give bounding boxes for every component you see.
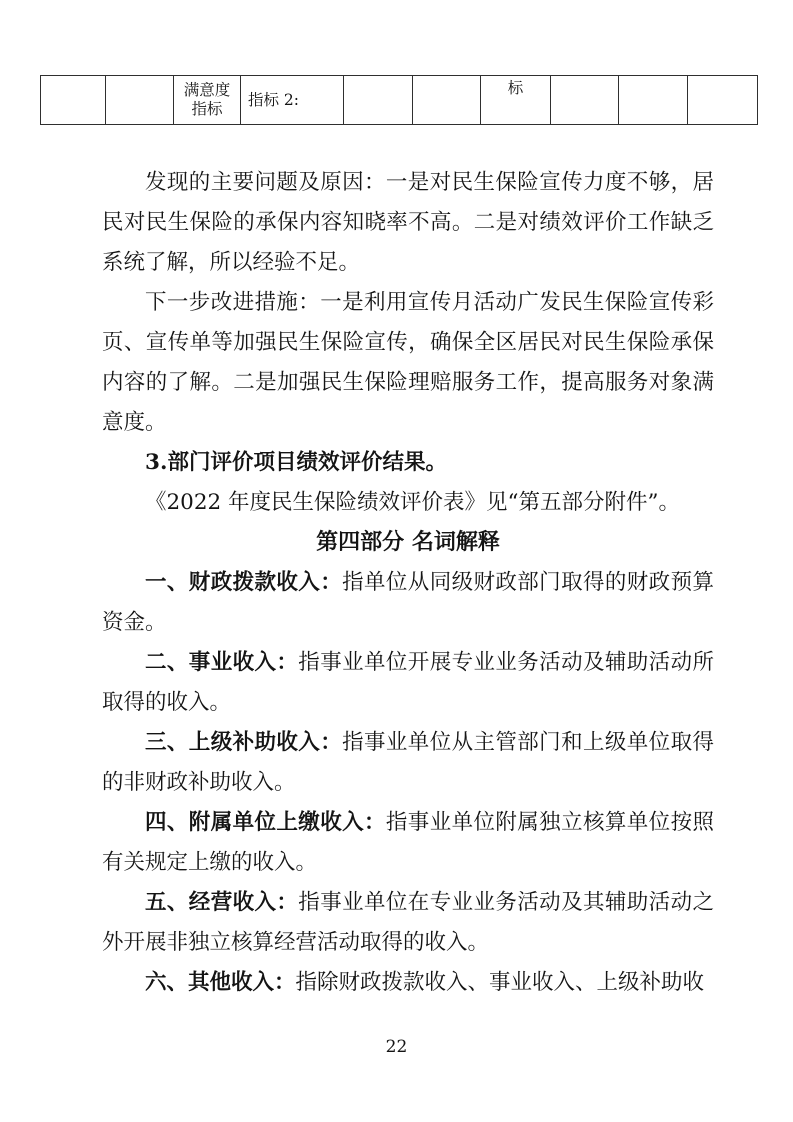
document-page: 满意度 指标 指标 2: 标 发现的主要问题及原因：一是对民生保险宣传力度不够，…: [0, 0, 793, 1122]
table-cell-biao: 标: [481, 76, 551, 125]
table-cell-empty-7: [688, 76, 758, 125]
paragraph-table-reference: 《2022 年度民生保险绩效评价表》见“第五部分附件”。: [102, 483, 714, 523]
table-cell-empty-1: [41, 76, 106, 125]
term-text: 指除财政拨款收入、事业收入、上级补助收: [296, 970, 705, 995]
term-lead: 六、其他收入：: [145, 970, 296, 995]
table-cell-empty-3: [344, 76, 413, 125]
table-cell-empty-2: [106, 76, 174, 125]
table-cell-indicator-2: 指标 2:: [241, 76, 344, 125]
paragraph-dept-eval-result: 3.部门评价项目绩效评价结果。: [102, 443, 714, 483]
table-fragment: 满意度 指标 指标 2: 标: [40, 75, 758, 125]
table-cell-satisfaction-indicator: 满意度 指标: [174, 76, 241, 125]
section-heading-part4: 第四部分 名词解释: [102, 523, 714, 563]
table-cell-empty-4: [413, 76, 481, 125]
paragraph-improvement-measures: 下一步改进措施：一是利用宣传月活动广发民生保险宣传彩页、宣传单等加强民生保险宣传…: [102, 283, 714, 443]
term-operating-income: 五、经营收入：指事业单位在专业业务活动及其辅助活动之外开展非独立核算经营活动取得…: [102, 883, 714, 963]
term-lead: 一、财政拨款收入：: [145, 570, 342, 595]
table-cell-empty-5: [551, 76, 619, 125]
page-number: 22: [0, 1035, 793, 1059]
term-other-income: 六、其他收入：指除财政拨款收入、事业收入、上级补助收: [102, 963, 714, 1003]
term-business-income: 二、事业收入：指事业单位开展专业业务活动及辅助活动所取得的收入。: [102, 643, 714, 723]
term-lead: 五、经营收入：: [145, 890, 298, 915]
term-lead: 三、上级补助收入：: [145, 730, 342, 755]
term-lead: 四、附属单位上缴收入：: [145, 810, 386, 835]
table-row: 满意度 指标 指标 2: 标: [41, 76, 758, 125]
table-cell-empty-6: [619, 76, 688, 125]
term-lead: 二、事业收入：: [145, 650, 298, 675]
paragraph-main-problems: 发现的主要问题及原因：一是对民生保险宣传力度不够，居民对民生保险的承保内容知晓率…: [102, 163, 714, 283]
term-superior-subsidy-income: 三、上级补助收入：指事业单位从主管部门和上级单位取得的非财政补助收入。: [102, 723, 714, 803]
document-body: 发现的主要问题及原因：一是对民生保险宣传力度不够，居民对民生保险的承保内容知晓率…: [102, 163, 714, 1003]
term-affiliated-unit-income: 四、附属单位上缴收入：指事业单位附属独立核算单位按照有关规定上缴的收入。: [102, 803, 714, 883]
term-fiscal-appropriation-income: 一、财政拨款收入：指单位从同级财政部门取得的财政预算资金。: [102, 563, 714, 643]
